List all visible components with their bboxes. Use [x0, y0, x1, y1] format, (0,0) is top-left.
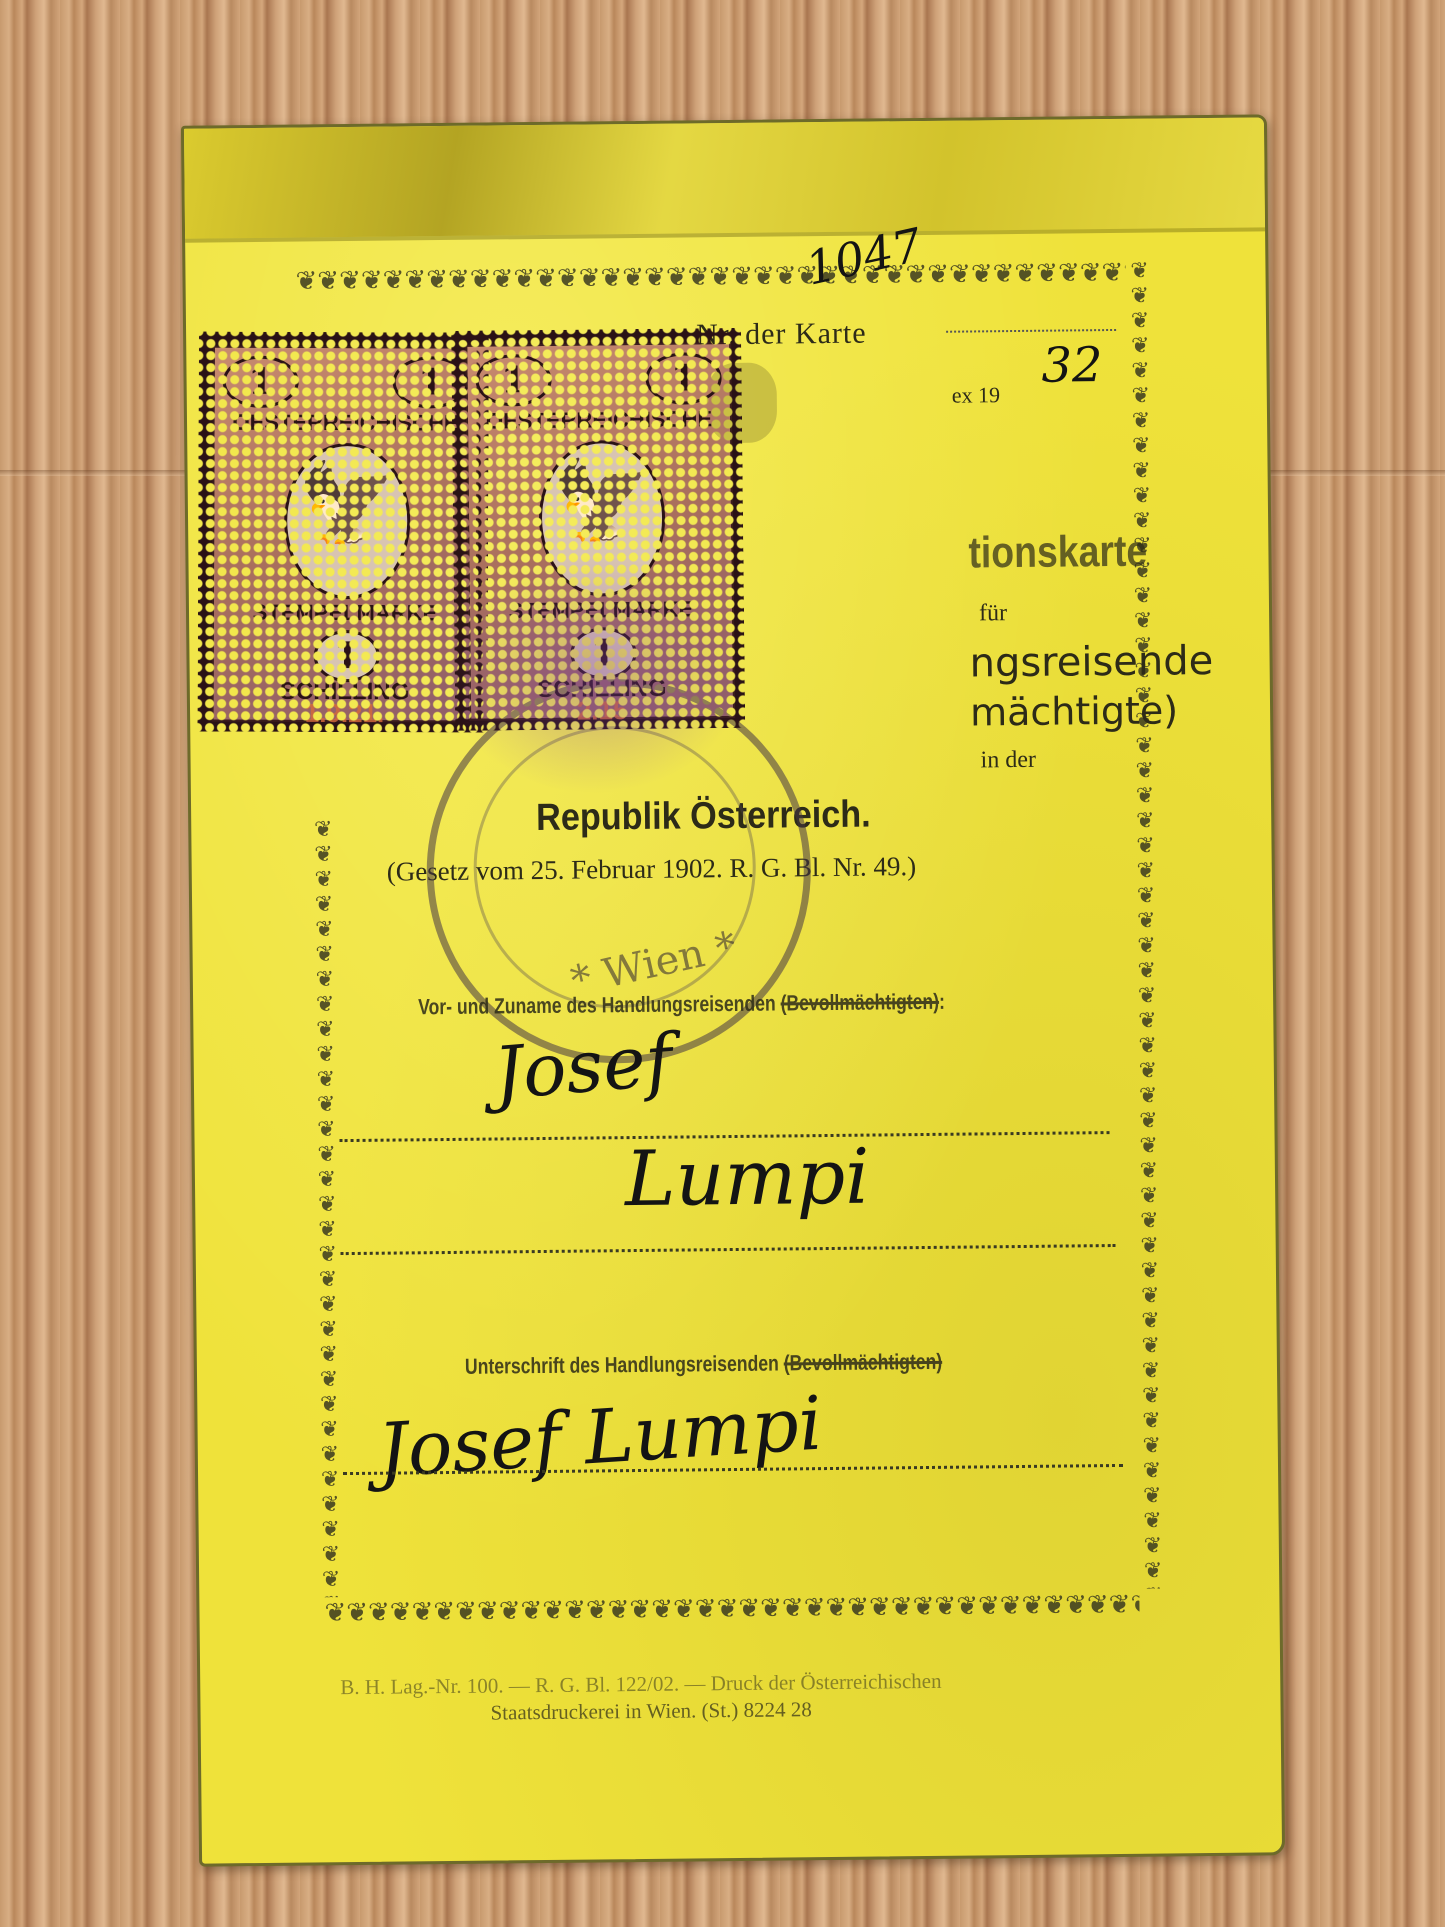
handwritten-card-number: 32	[1041, 337, 1103, 394]
in-der-label: in der	[980, 747, 1036, 775]
authorized-line: mächtigte)	[970, 688, 1178, 734]
stamp-emblem-oval: 🦅	[284, 443, 411, 599]
name-field-label: Vor- und Zuname des Handlungsreisenden (…	[418, 989, 945, 1021]
ornament-border-top: ❦❦❦❦❦❦❦❦❦❦❦❦❦❦❦❦❦❦❦❦❦❦❦❦❦❦❦❦❦❦❦❦❦❦❦❦❦❦❦❦…	[295, 257, 1125, 298]
name-line-2	[341, 1244, 1116, 1255]
signature-label-text: Unterschrift des Handlungsreisenden	[465, 1351, 779, 1379]
name-label-suffix: :	[939, 989, 945, 1014]
stamp-serial-overprint: 1.9.21.	[213, 698, 475, 730]
card-number-line	[946, 329, 1116, 333]
eagle-icon: 🦅	[541, 463, 662, 544]
printer-footer-line2: Staatsdruckerei in Wien. (St.) 8224 28	[490, 1697, 812, 1725]
handwritten-last-name: Lumpi	[624, 1132, 869, 1224]
card-top-fold	[184, 117, 1265, 238]
eagle-icon: 🦅	[287, 466, 407, 546]
stamp-type-text: STEMPELMARKE	[224, 600, 466, 627]
ornament-border-bottom: ❦❦❦❦❦❦❦❦❦❦❦❦❦❦❦❦❦❦❦❦❦❦❦❦❦❦❦❦❦❦❦❦❦❦❦❦❦❦❦❦…	[324, 1589, 1139, 1630]
ornament-border-right: ❦❦❦❦❦❦❦❦❦❦❦❦❦❦❦❦❦❦❦❦❦❦❦❦❦❦❦❦❦❦❦❦❦❦❦❦❦❦❦❦…	[1125, 259, 1167, 1589]
printer-footer-line1: B. H. Lag.-Nr. 100. — R. G. Bl. 122/02. …	[340, 1669, 942, 1700]
card-title: tionskarte	[968, 527, 1147, 579]
legitimation-card: ❦❦❦❦❦❦❦❦❦❦❦❦❦❦❦❦❦❦❦❦❦❦❦❦❦❦❦❦❦❦❦❦❦❦❦❦❦❦❦❦…	[181, 114, 1285, 1866]
stamp-corner-value: 1	[223, 356, 299, 408]
handwritten-first-name: Josef	[491, 1018, 676, 1116]
name-label-struck: (Bevollmächtigten)	[780, 989, 939, 1016]
signature-label-struck: (Bevollmächtigten)	[784, 1349, 943, 1376]
signature-field-label: Unterschrift des Handlungsreisenden (Bev…	[465, 1349, 943, 1380]
stamp-face: 1 1 OESTERREICHISCHE 🦅 STEMPELMARKE 1 SC…	[212, 346, 479, 723]
handwritten-signature: Josef Lumpi	[375, 1381, 824, 1495]
traveler-line: ngsreisende	[969, 638, 1213, 687]
for-label: für	[979, 600, 1007, 627]
stamp-value: 1	[314, 630, 380, 682]
ornament-border-left: ❦❦❦❦❦❦❦❦❦❦❦❦❦❦❦❦❦❦❦❦❦❦❦❦❦❦❦❦❦❦❦❦❦❦❦❦❦❦❦❦…	[309, 817, 345, 1597]
stamp-corner-value: 1	[645, 352, 722, 405]
year-prefix-label: ex 19	[952, 382, 1001, 409]
stamp-country-text: OESTERREICHISCHE	[478, 406, 720, 435]
stamp-country-text: OESTERREICHISCHE	[225, 410, 467, 437]
name-label-text: Vor- und Zuname des Handlungsreisenden	[418, 991, 776, 1020]
stamp-corner-value: 1	[475, 354, 552, 407]
